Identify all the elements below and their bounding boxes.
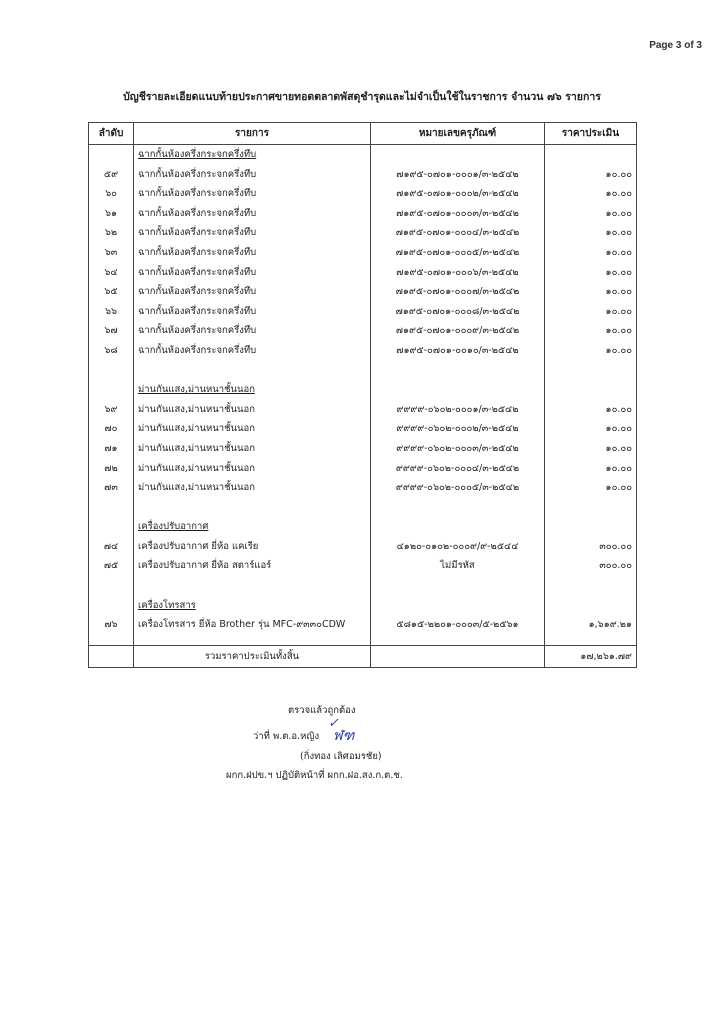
empty-cell <box>545 596 637 616</box>
total-value: ๑๗,๒๖๑.๗๙ <box>545 645 637 667</box>
empty-cell <box>371 576 545 596</box>
total-label: รวมราคาประเมินทั้งสิ้น <box>134 645 371 667</box>
item-number: ๗๑ <box>89 439 134 459</box>
item-name: ฉากกั้นห้องครึ่งกระจกครึ่งทึบ <box>134 204 371 224</box>
group-heading: เครื่องโทรสาร <box>134 596 371 616</box>
asset-code: ๗๑๙๕-๐๗๐๑-๐๐๐๗/๓-๒๕๔๒ <box>371 282 545 302</box>
header-price: ราคาประเมิน <box>545 123 637 145</box>
table-row: ๕๙ฉากกั้นห้องครึ่งกระจกครึ่งทึบ๗๑๙๕-๐๗๐๑… <box>89 165 637 185</box>
empty-cell <box>545 380 637 400</box>
item-number: ๗๒ <box>89 459 134 479</box>
item-number: ๖๐ <box>89 184 134 204</box>
signer-full-name: (กิ่งทอง เลิศอมรชัย) <box>300 749 382 764</box>
empty-cell <box>89 145 134 165</box>
empty-cell <box>371 361 545 381</box>
asset-code: ๔๑๒๐-๐๑๐๒-๐๐๐๙/๙-๒๕๔๔ <box>371 537 545 557</box>
asset-code: ไม่มีรหัส <box>371 556 545 576</box>
table-row: ๖๖ฉากกั้นห้องครึ่งกระจกครึ่งทึบ๗๑๙๕-๐๗๐๑… <box>89 302 637 322</box>
empty-cell <box>545 576 637 596</box>
spacer-row <box>89 576 637 596</box>
item-number: ๕๙ <box>89 165 134 185</box>
group-heading: เครื่องปรับอากาศ <box>134 517 371 537</box>
empty-cell <box>134 361 371 381</box>
group-row: เครื่องโทรสาร <box>89 596 637 616</box>
table-row: ๗๐ม่านกันแสง,ม่านหนาชั้นนอก๙๙๙๙-๐๖๐๒-๐๐๐… <box>89 419 637 439</box>
asset-code: ๗๑๙๕-๐๗๐๑-๐๐๐๕/๓-๒๕๔๒ <box>371 243 545 263</box>
item-name: เครื่องปรับอากาศ ยี่ห้อ สตาร์แอร์ <box>134 556 371 576</box>
empty-cell <box>134 576 371 596</box>
asset-code: ๗๑๙๕-๐๗๐๑-๐๐๐๔/๓-๒๕๔๒ <box>371 223 545 243</box>
asset-code: ๗๑๙๕-๐๗๐๑-๐๐๐๙/๓-๒๕๔๒ <box>371 321 545 341</box>
appraised-price: ๑๐.๐๐ <box>545 321 637 341</box>
table-row: ๗๔เครื่องปรับอากาศ ยี่ห้อ แคเรีย๔๑๒๐-๐๑๐… <box>89 537 637 557</box>
item-name: ม่านกันแสง,ม่านหนาชั้นนอก <box>134 478 371 498</box>
item-number: ๗๔ <box>89 537 134 557</box>
appraised-price: ๑๐.๐๐ <box>545 282 637 302</box>
asset-table: ลำดับ รายการ หมายเลขครุภัณฑ์ ราคาประเมิน… <box>88 122 637 668</box>
item-number: ๖๒ <box>89 223 134 243</box>
appraised-price: ๑๐.๐๐ <box>545 439 637 459</box>
empty-cell <box>545 517 637 537</box>
asset-code: ๙๙๙๙-๐๖๐๒-๐๐๐๓/๓-๒๕๔๒ <box>371 439 545 459</box>
item-name: ม่านกันแสง,ม่านหนาชั้นนอก <box>134 419 371 439</box>
appraised-price: ๑๐.๐๐ <box>545 243 637 263</box>
item-number: ๖๘ <box>89 341 134 361</box>
asset-code: ๗๑๙๕-๐๗๐๑-๐๐๐๘/๓-๒๕๔๒ <box>371 302 545 322</box>
empty-cell <box>89 517 134 537</box>
asset-code: ๙๙๙๙-๐๖๐๒-๐๐๐๑/๓-๒๕๔๒ <box>371 400 545 420</box>
page-indicator: Page 3 of 3 <box>649 40 702 51</box>
empty-cell <box>89 498 134 518</box>
item-number: ๗๖ <box>89 615 134 645</box>
spacer-row <box>89 498 637 518</box>
group-row: ฉากกั้นห้องครึ่งกระจกครึ่งทึบ <box>89 145 637 165</box>
header-item: รายการ <box>134 123 371 145</box>
asset-code: ๗๑๙๕-๐๗๐๑-๐๐๐๑/๓-๒๕๔๒ <box>371 165 545 185</box>
appraised-price: ๑,๖๑๙.๒๑ <box>545 615 637 645</box>
item-name: ฉากกั้นห้องครึ่งกระจกครึ่งทึบ <box>134 302 371 322</box>
verified-text: ตรวจแล้วถูกต้อง <box>288 703 355 718</box>
item-name: ฉากกั้นห้องครึ่งกระจกครึ่งทึบ <box>134 321 371 341</box>
appraised-price: ๑๐.๐๐ <box>545 341 637 361</box>
appraised-price: ๑๐.๐๐ <box>545 302 637 322</box>
item-number: ๖๕ <box>89 282 134 302</box>
item-name: ฉากกั้นห้องครึ่งกระจกครึ่งทึบ <box>134 243 371 263</box>
empty-cell <box>371 596 545 616</box>
table-row: ๖๑ฉากกั้นห้องครึ่งกระจกครึ่งทึบ๗๑๙๕-๐๗๐๑… <box>89 204 637 224</box>
item-number: ๗๕ <box>89 556 134 576</box>
empty-cell <box>89 380 134 400</box>
group-heading: ฉากกั้นห้องครึ่งกระจกครึ่งทึบ <box>134 145 371 165</box>
empty-cell <box>371 380 545 400</box>
item-name: ฉากกั้นห้องครึ่งกระจกครึ่งทึบ <box>134 165 371 185</box>
empty-cell <box>89 576 134 596</box>
item-number: ๖๑ <box>89 204 134 224</box>
asset-code: ๗๑๙๕-๐๗๐๑-๐๐๐๖/๓-๒๕๔๒ <box>371 263 545 283</box>
item-number: ๖๖ <box>89 302 134 322</box>
header-no: ลำดับ <box>89 123 134 145</box>
table-row: ๖๕ฉากกั้นห้องครึ่งกระจกครึ่งทึบ๗๑๙๕-๐๗๐๑… <box>89 282 637 302</box>
appraised-price: ๑๐.๐๐ <box>545 223 637 243</box>
item-name: เครื่องปรับอากาศ ยี่ห้อ แคเรีย <box>134 537 371 557</box>
asset-code: ๗๑๙๕-๐๗๐๑-๐๐๐๒/๓-๒๕๔๒ <box>371 184 545 204</box>
item-name: ฉากกั้นห้องครึ่งกระจกครึ่งทึบ <box>134 282 371 302</box>
spacer-row <box>89 361 637 381</box>
asset-code: ๙๙๙๙-๐๖๐๒-๐๐๐๕/๓-๒๕๔๒ <box>371 478 545 498</box>
table-row: ๖๓ฉากกั้นห้องครึ่งกระจกครึ่งทึบ๗๑๙๕-๐๗๐๑… <box>89 243 637 263</box>
item-name: ฉากกั้นห้องครึ่งกระจกครึ่งทึบ <box>134 263 371 283</box>
total-code-cell <box>371 645 545 667</box>
header-code: หมายเลขครุภัณฑ์ <box>371 123 545 145</box>
item-name: ม่านกันแสง,ม่านหนาชั้นนอก <box>134 400 371 420</box>
appraised-price: ๓๐๐.๐๐ <box>545 556 637 576</box>
asset-code: ๗๑๙๕-๐๗๐๑-๐๐๐๓/๓-๒๕๔๒ <box>371 204 545 224</box>
table-row: ๖๙ม่านกันแสง,ม่านหนาชั้นนอก๙๙๙๙-๐๖๐๒-๐๐๐… <box>89 400 637 420</box>
asset-code: ๗๑๙๕-๐๗๐๑-๐๐๑๐/๓-๒๕๔๒ <box>371 341 545 361</box>
appraised-price: ๑๐.๐๐ <box>545 459 637 479</box>
empty-cell <box>371 498 545 518</box>
table-row: ๖๐ฉากกั้นห้องครึ่งกระจกครึ่งทึบ๗๑๙๕-๐๗๐๑… <box>89 184 637 204</box>
empty-cell <box>89 596 134 616</box>
asset-code: ๙๙๙๙-๐๖๐๒-๐๐๐๔/๓-๒๕๔๒ <box>371 459 545 479</box>
table-row: ๗๖เครื่องโทรสาร ยี่ห้อ Brother รุ่น MFC-… <box>89 615 637 645</box>
asset-code: ๕๘๑๕-๒๒๐๑-๐๐๐๓/๕-๒๕๖๑ <box>371 615 545 645</box>
total-no-cell <box>89 645 134 667</box>
item-name: ฉากกั้นห้องครึ่งกระจกครึ่งทึบ <box>134 184 371 204</box>
item-name: ฉากกั้นห้องครึ่งกระจกครึ่งทึบ <box>134 223 371 243</box>
appraised-price: ๑๐.๐๐ <box>545 184 637 204</box>
rank-name: ว่าที่ พ.ต.อ.หญิง <box>253 729 319 744</box>
appraised-price: ๑๐.๐๐ <box>545 419 637 439</box>
item-number: ๖๗ <box>89 321 134 341</box>
empty-cell <box>545 498 637 518</box>
item-name: เครื่องโทรสาร ยี่ห้อ Brother รุ่น MFC-๙๓… <box>134 615 371 645</box>
table-row: ๖๗ฉากกั้นห้องครึ่งกระจกครึ่งทึบ๗๑๙๕-๐๗๐๑… <box>89 321 637 341</box>
table-row: ๗๕เครื่องปรับอากาศ ยี่ห้อ สตาร์แอร์ไม่มี… <box>89 556 637 576</box>
table-body: ฉากกั้นห้องครึ่งกระจกครึ่งทึบ๕๙ฉากกั้นห้… <box>89 145 637 646</box>
table-row: ๖๔ฉากกั้นห้องครึ่งกระจกครึ่งทึบ๗๑๙๕-๐๗๐๑… <box>89 263 637 283</box>
item-name: ม่านกันแสง,ม่านหนาชั้นนอก <box>134 439 371 459</box>
appraised-price: ๑๐.๐๐ <box>545 165 637 185</box>
handwritten-signature: ฬฑ <box>333 725 354 747</box>
empty-cell <box>371 517 545 537</box>
appraised-price: ๑๐.๐๐ <box>545 400 637 420</box>
table-row: ๖๒ฉากกั้นห้องครึ่งกระจกครึ่งทึบ๗๑๙๕-๐๗๐๑… <box>89 223 637 243</box>
total-row: รวมราคาประเมินทั้งสิ้น ๑๗,๒๖๑.๗๙ <box>89 645 637 667</box>
empty-cell <box>371 145 545 165</box>
item-number: ๖๓ <box>89 243 134 263</box>
table-row: ๗๒ม่านกันแสง,ม่านหนาชั้นนอก๙๙๙๙-๐๖๐๒-๐๐๐… <box>89 459 637 479</box>
appraised-price: ๓๐๐.๐๐ <box>545 537 637 557</box>
table-row: ๖๘ฉากกั้นห้องครึ่งกระจกครึ่งทึบ๗๑๙๕-๐๗๐๑… <box>89 341 637 361</box>
empty-cell <box>134 498 371 518</box>
appraised-price: ๑๐.๐๐ <box>545 204 637 224</box>
empty-cell <box>545 145 637 165</box>
item-number: ๖๙ <box>89 400 134 420</box>
item-number: ๖๔ <box>89 263 134 283</box>
appraised-price: ๑๐.๐๐ <box>545 478 637 498</box>
table-row: ๗๑ม่านกันแสง,ม่านหนาชั้นนอก๙๙๙๙-๐๖๐๒-๐๐๐… <box>89 439 637 459</box>
group-row: ม่านกันแสง,ม่านหนาชั้นนอก <box>89 380 637 400</box>
asset-code: ๙๙๙๙-๐๖๐๒-๐๐๐๒/๓-๒๕๔๒ <box>371 419 545 439</box>
item-name: ม่านกันแสง,ม่านหนาชั้นนอก <box>134 459 371 479</box>
item-number: ๗๐ <box>89 419 134 439</box>
table-header-row: ลำดับ รายการ หมายเลขครุภัณฑ์ ราคาประเมิน <box>89 123 637 145</box>
item-number: ๗๓ <box>89 478 134 498</box>
empty-cell <box>89 361 134 381</box>
group-row: เครื่องปรับอากาศ <box>89 517 637 537</box>
item-name: ฉากกั้นห้องครึ่งกระจกครึ่งทึบ <box>134 341 371 361</box>
signer-position: ผกก.ฝปข.ฯ ปฏิบัติหน้าที่ ผกก.ฝอ.สง.ก.ต.ช… <box>226 768 403 783</box>
table-row: ๗๓ม่านกันแสง,ม่านหนาชั้นนอก๙๙๙๙-๐๖๐๒-๐๐๐… <box>89 478 637 498</box>
empty-cell <box>545 361 637 381</box>
document-title: บัญชีรายละเอียดแนบท้ายประกาศขายทอดตลาดพั… <box>0 88 724 105</box>
appraised-price: ๑๐.๐๐ <box>545 263 637 283</box>
group-heading: ม่านกันแสง,ม่านหนาชั้นนอก <box>134 380 371 400</box>
